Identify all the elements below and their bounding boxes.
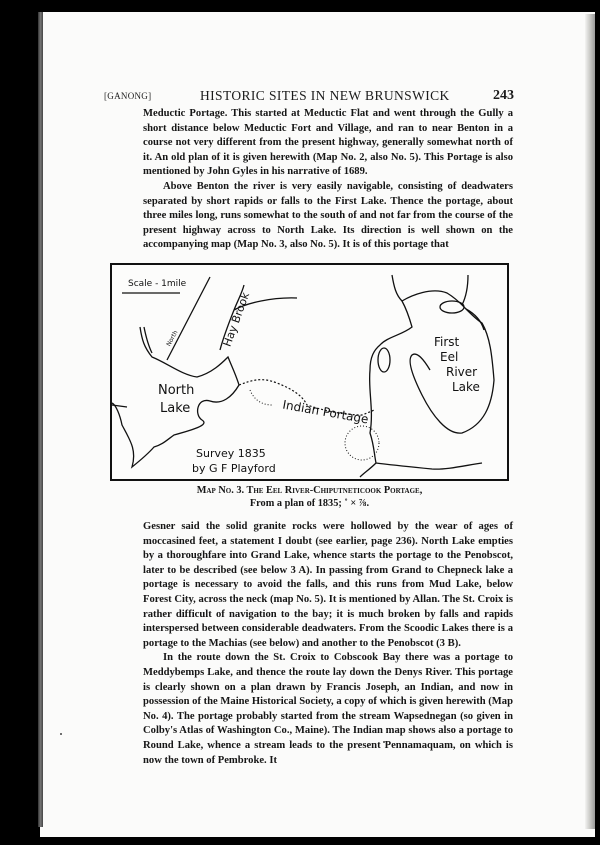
map-north-lake-label: Lake <box>160 401 190 416</box>
page-number: 243 <box>493 88 514 104</box>
caption-subtitle: From a plan of 1835; ˚ × ⅞. <box>110 497 509 510</box>
paragraph: Gesner said the solid granite rocks were… <box>143 520 513 651</box>
map-north-lake-label: North <box>158 383 194 398</box>
paragraph: In the route down the St. Croix to Cobsc… <box>143 651 513 768</box>
map-first-eel-label: First <box>434 335 459 349</box>
map-scale-label: Scale - 1mile <box>128 279 186 289</box>
caption-title: Map No. 3. The Eel River-Chiputneticook … <box>110 484 509 497</box>
book-spine-edge <box>38 12 43 827</box>
page-right-edge <box>585 14 595 829</box>
map-survey-label: Survey 1835 <box>196 447 266 460</box>
map-first-eel-label: River <box>446 365 477 379</box>
body-text-top: Meductic Portage. This started at Meduct… <box>143 107 513 253</box>
map-first-eel-label: Lake <box>452 380 480 394</box>
author-tag: [GANONG] <box>104 91 151 101</box>
running-head: [GANONG] HISTORIC SITES IN NEW BRUNSWICK… <box>104 88 514 106</box>
body-text-bottom: Gesner said the solid granite rocks were… <box>143 520 513 768</box>
paragraph: Above Benton the river is very easily na… <box>143 180 513 253</box>
map-figure: Scale - 1mile North Hay Brook North Lake… <box>110 263 509 481</box>
scan-speck <box>383 741 385 743</box>
map-first-eel-label: Eel <box>440 350 458 364</box>
paragraph: Meductic Portage. This started at Meduct… <box>143 107 513 180</box>
map-caption: Map No. 3. The Eel River-Chiputneticook … <box>110 484 509 510</box>
page-title: HISTORIC SITES IN NEW BRUNSWICK <box>200 88 450 104</box>
map-survey-label: by G F Playford <box>192 462 276 475</box>
scan-speck <box>60 733 62 735</box>
